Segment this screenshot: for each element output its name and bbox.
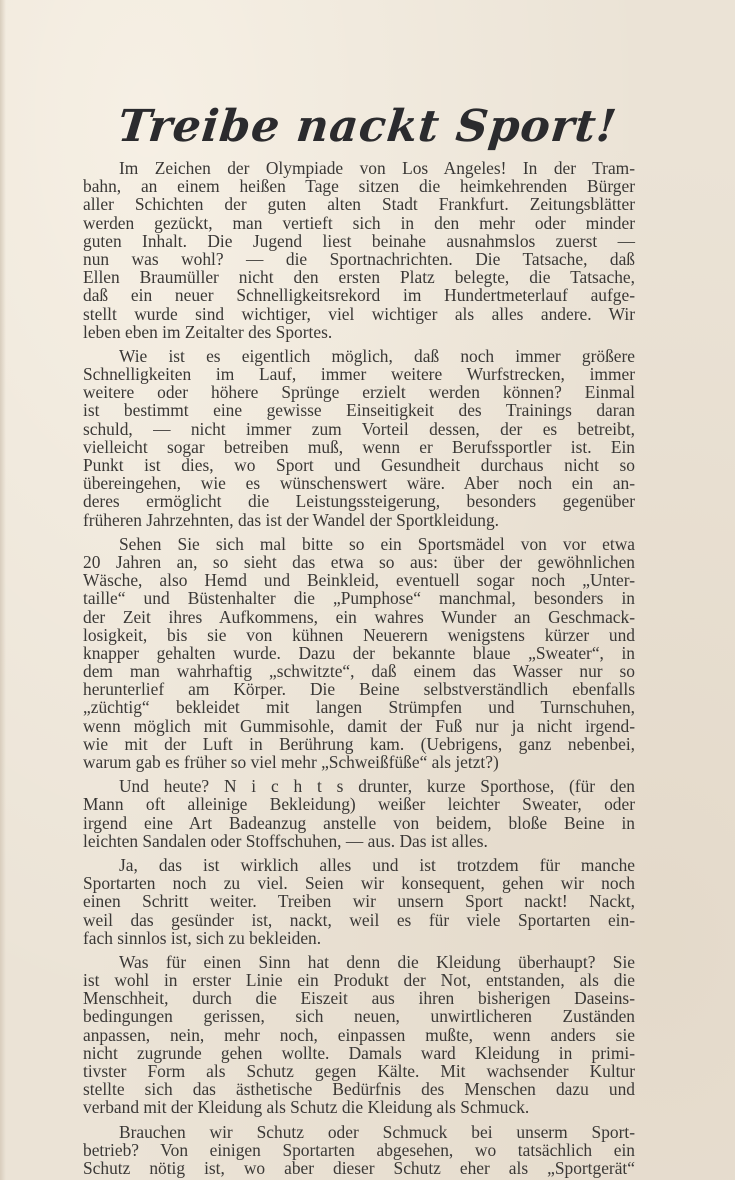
text-line: Im Zeichen der Olympiade von Los Angeles… bbox=[83, 159, 635, 177]
text-line: anpassen, nein, mehr noch, einpassen muß… bbox=[83, 1026, 635, 1044]
text-line: früheren Jahrzehnten, das ist der Wandel… bbox=[83, 511, 635, 529]
text-line: Punkt ist dies, wo Sport und Gesundheit … bbox=[83, 456, 635, 474]
text-line: übereingehen, wie es wünschenswert wäre.… bbox=[83, 474, 635, 492]
text-line: Ja, das ist wirklich alles und ist trotz… bbox=[83, 856, 635, 874]
paragraph: Wie ist es eigentlich möglich, daß noch … bbox=[83, 347, 635, 529]
text-line: wie mit der Luft in Berührung kam. (Uebr… bbox=[83, 735, 635, 753]
text-line: einen Schritt weiter. Treiben wir unsern… bbox=[83, 892, 635, 910]
text-line: Schutz nötig ist, wo aber dieser Schutz … bbox=[83, 1159, 635, 1177]
text-line: knapper gehalten wurde. Dazu der bekannt… bbox=[83, 644, 635, 662]
text-line: irgend eine Art Badeanzug anstelle von b… bbox=[83, 814, 635, 832]
paragraph: Was für einen Sinn hat denn die Kleidung… bbox=[83, 953, 635, 1117]
article-body: Im Zeichen der Olympiade von Los Angeles… bbox=[83, 159, 635, 1180]
text-line: vielleicht sogar betreiben muß, wenn er … bbox=[83, 438, 635, 456]
text-line: werden gezückt, man vertieft sich in den… bbox=[83, 214, 635, 232]
text-line: deres ermöglicht die Leistungssteigerung… bbox=[83, 492, 635, 510]
text-line: nicht zugrunde gehen wollte. Damals ward… bbox=[83, 1044, 635, 1062]
paragraph: Ja, das ist wirklich alles und ist trotz… bbox=[83, 856, 635, 947]
text-line: Was für einen Sinn hat denn die Kleidung… bbox=[83, 953, 635, 971]
paragraph: Sehen Sie sich mal bitte so ein Sportsmä… bbox=[83, 535, 635, 771]
text-line: dem man wahrhaftig „schwitzte“, daß eine… bbox=[83, 662, 635, 680]
text-line: Schnelligkeiten im Lauf, immer weitere W… bbox=[83, 365, 635, 383]
text-line: Und heute? N i c h t s drunter, kurze Sp… bbox=[83, 777, 635, 795]
text-line: Ellen Braumüller nicht den ersten Platz … bbox=[83, 268, 635, 286]
text-line: Menschheit, durch die Eiszeit aus ihren … bbox=[83, 989, 635, 1007]
text-line: betrieb? Von einigen Sportarten abgesehe… bbox=[83, 1141, 635, 1159]
text-line: leichten Sandalen oder Stoffschuhen, — a… bbox=[83, 832, 635, 850]
text-line: daß ein neuer Schnelligkeitsrekord im Hu… bbox=[83, 286, 635, 304]
text-line: weitere oder höhere Sprünge erzielt werd… bbox=[83, 383, 635, 401]
text-line: schuld, — nicht immer zum Vorteil dessen… bbox=[83, 420, 635, 438]
text-line: fach sinnlos ist, sich zu bekleiden. bbox=[83, 929, 635, 947]
text-line: Sehen Sie sich mal bitte so ein Sportsmä… bbox=[83, 535, 635, 553]
document-page: Treibe nackt Sport! Im Zeichen der Olymp… bbox=[0, 0, 735, 1180]
text-line: 20 Jahren an, so sieht das etwa so aus: … bbox=[83, 553, 635, 571]
text-line: ist bestimmt eine gewisse Einseitigkeit … bbox=[83, 401, 635, 419]
text-line: leben eben im Zeitalter des Sportes. bbox=[83, 323, 635, 341]
text-line: stellt wurde sind wichtiger, viel wichti… bbox=[83, 305, 635, 323]
text-line: nun was wohl? — die Sportnachrichten. Di… bbox=[83, 250, 635, 268]
text-line: warum gab es früher so viel mehr „Schwei… bbox=[83, 753, 635, 771]
text-line: weil das gesünder ist, nackt, weil es fü… bbox=[83, 911, 635, 929]
text-line: ist wohl in erster Linie ein Produkt der… bbox=[83, 971, 635, 989]
text-line: stellte sich das ästhetische Bedürfnis d… bbox=[83, 1080, 635, 1098]
paragraph: Im Zeichen der Olympiade von Los Angeles… bbox=[83, 159, 635, 341]
text-line: Wäsche, also Hemd und Beinkleid, eventue… bbox=[83, 571, 635, 589]
text-line: guten Inhalt. Die Jugend liest beinahe a… bbox=[83, 232, 635, 250]
text-line: Mann oft alleinige Bekleidung) weißer le… bbox=[83, 795, 635, 813]
paragraph: Und heute? N i c h t s drunter, kurze Sp… bbox=[83, 777, 635, 850]
text-line: Brauchen wir Schutz oder Schmuck bei uns… bbox=[83, 1123, 635, 1141]
text-line: bedingungen gerissen, sich neuen, unwirt… bbox=[83, 1007, 635, 1025]
text-line: losigkeit, bis sie von kühnen Neuerern w… bbox=[83, 626, 635, 644]
text-line: Sportarten noch zu viel. Seien wir konse… bbox=[83, 874, 635, 892]
page-title: Treibe nackt Sport! bbox=[0, 101, 735, 152]
text-line: tivster Form als Schutz gegen Kälte. Mit… bbox=[83, 1062, 635, 1080]
text-line: Wie ist es eigentlich möglich, daß noch … bbox=[83, 347, 635, 365]
text-line: „züchtig“ bekleidet mit langen Strümpfen… bbox=[83, 698, 635, 716]
text-line: wenn möglich mit Gummisohle, damit der F… bbox=[83, 717, 635, 735]
text-line: bahn, an einem heißen Tage sitzen die he… bbox=[83, 177, 635, 195]
text-line: der Zeit ihres Aufkommens, ein wahres Wu… bbox=[83, 608, 635, 626]
text-line: aller Schichten der guten alten Stadt Fr… bbox=[83, 195, 635, 213]
text-line: herunterlief am Körper. Die Beine selbst… bbox=[83, 680, 635, 698]
page-edge-shadow bbox=[0, 0, 6, 1180]
text-line: taille“ und Büstenhalter die „Pumphose“ … bbox=[83, 589, 635, 607]
paragraph: Brauchen wir Schutz oder Schmuck bei uns… bbox=[83, 1123, 635, 1178]
text-line: verband mit der Kleidung als Schutz die … bbox=[83, 1098, 635, 1116]
